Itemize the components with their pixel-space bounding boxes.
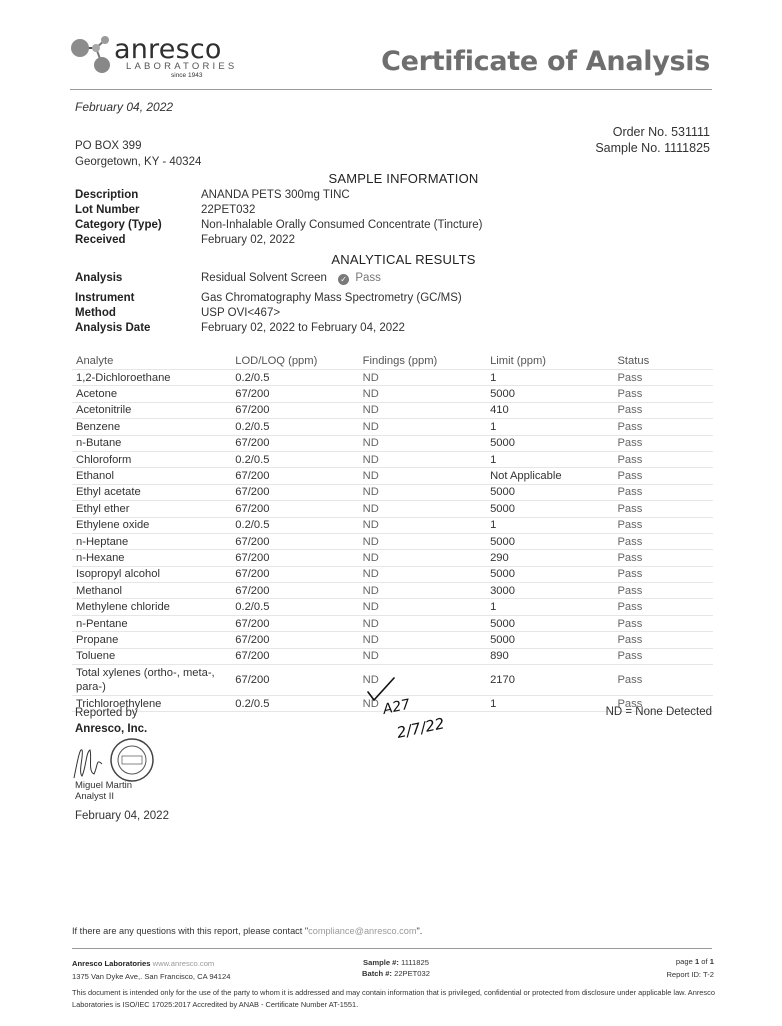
analyte-cell: Benzene <box>72 420 235 434</box>
sample-field: Lot Number 22PET032 <box>75 203 482 218</box>
findings-cell: ND <box>363 650 490 662</box>
field-value: ANANDA PETS 300mg TINC <box>201 188 350 203</box>
header-divider <box>70 89 712 90</box>
table-row: 1,2-Dichloroethane0.2/0.5ND1Pass <box>72 370 713 386</box>
logo-since: since 1943 <box>171 72 202 79</box>
analyte-cell: n-Pentane <box>72 617 235 631</box>
document-title: Certificate of Analysis <box>381 46 710 77</box>
limit-cell: 5000 <box>490 388 617 400</box>
table-row: Ethylene oxide0.2/0.5ND1Pass <box>72 518 713 534</box>
limit-cell: 5000 <box>490 536 617 548</box>
lod-loq-cell: 67/200 <box>235 634 362 646</box>
sample-field: Category (Type) Non-Inhalable Orally Con… <box>75 218 482 233</box>
findings-cell: ND <box>363 372 490 384</box>
field-label: Description <box>75 188 201 203</box>
check-circle-icon: ✓ <box>338 274 349 285</box>
field-label: Instrument <box>75 291 201 306</box>
analysis-field: Instrument Gas Chromatography Mass Spect… <box>75 291 462 306</box>
analyte-cell: 1,2-Dichloroethane <box>72 371 235 385</box>
handwritten-date: 2/7/22 <box>395 714 446 742</box>
table-row: n-Pentane67/200ND5000Pass <box>72 616 713 632</box>
logo-subtitle: LABORATORIES <box>126 61 237 72</box>
limit-cell: 1 <box>490 601 617 613</box>
field-value: Gas Chromatography Mass Spectrometry (GC… <box>201 291 462 306</box>
findings-cell: ND <box>363 585 490 597</box>
analyte-cell: Ethanol <box>72 469 235 483</box>
status-cell: Pass <box>617 486 713 498</box>
findings-cell: ND <box>363 421 490 433</box>
table-row: Propane67/200ND5000Pass <box>72 632 713 648</box>
analyte-cell: Methanol <box>72 584 235 598</box>
findings-cell: ND <box>363 568 490 580</box>
contact-email-link[interactable]: compliance@anresco.com <box>308 926 416 936</box>
contact-note: If there are any questions with this rep… <box>72 926 422 936</box>
status-cell: Pass <box>617 536 713 548</box>
field-value: February 02, 2022 <box>201 233 295 248</box>
lod-loq-cell: 0.2/0.5 <box>235 372 362 384</box>
analyte-cell: n-Heptane <box>72 535 235 549</box>
column-header: LOD/LOQ (ppm) <box>235 355 362 367</box>
field-label: Analysis Date <box>75 321 201 336</box>
status-cell: Pass <box>617 650 713 662</box>
footer-batch-value: 22PET032 <box>394 969 430 978</box>
page-total: 1 <box>710 957 714 966</box>
footer-divider <box>72 948 712 949</box>
report-id: Report ID: T-2 <box>666 968 714 981</box>
status-cell: Pass <box>617 404 713 416</box>
table-row: Methylene chloride0.2/0.5ND1Pass <box>72 599 713 615</box>
field-value: Non-Inhalable Orally Consumed Concentrat… <box>201 218 482 233</box>
analysis-details: Instrument Gas Chromatography Mass Spect… <box>75 291 462 336</box>
table-row: Methanol67/200ND3000Pass <box>72 583 713 599</box>
analyte-cell: n-Hexane <box>72 551 235 565</box>
analyte-cell: Toluene <box>72 649 235 663</box>
limit-cell: 3000 <box>490 585 617 597</box>
status-cell: Pass <box>617 388 713 400</box>
status-cell: Pass <box>617 568 713 580</box>
reported-by-label: Reported by <box>75 705 147 721</box>
company-logo: anresco LABORATORIES since 1943 <box>68 34 258 82</box>
limit-cell: 290 <box>490 552 617 564</box>
analysis-field: Analysis Date February 02, 2022 to Febru… <box>75 321 462 336</box>
limit-cell: 1 <box>490 698 617 710</box>
nd-legend: ND = None Detected <box>606 706 712 718</box>
column-header: Status <box>617 355 713 367</box>
limit-cell: 1 <box>490 421 617 433</box>
field-value: USP OVI<467> <box>201 306 280 321</box>
analyte-cell: Acetone <box>72 387 235 401</box>
analyte-cell: Ethylene oxide <box>72 518 235 532</box>
analysis-row: Analysis Residual Solvent Screen ✓ Pass <box>75 271 381 286</box>
findings-cell: ND <box>363 601 490 613</box>
table-row: Acetonitrile67/200ND410Pass <box>72 403 713 419</box>
lod-loq-cell: 0.2/0.5 <box>235 421 362 433</box>
table-row: n-Heptane67/200ND5000Pass <box>72 534 713 550</box>
analyte-cell: n-Butane <box>72 436 235 450</box>
lod-loq-cell: 67/200 <box>235 568 362 580</box>
table-body: 1,2-Dichloroethane0.2/0.5ND1PassAcetone6… <box>72 370 713 712</box>
field-value: February 02, 2022 to February 04, 2022 <box>201 321 405 336</box>
results-table: Analyte LOD/LOQ (ppm) Findings (ppm) Lim… <box>72 352 713 712</box>
order-info: Order No. 531111 Sample No. 1111825 <box>595 124 710 156</box>
analysis-name: Residual Solvent Screen <box>201 272 327 284</box>
table-header: Analyte LOD/LOQ (ppm) Findings (ppm) Lim… <box>72 352 713 370</box>
limit-cell: 1 <box>490 519 617 531</box>
reporting-company: Anresco, Inc. <box>75 721 147 737</box>
disclaimer: This document is intended only for the u… <box>72 987 722 1011</box>
field-label: Lot Number <box>75 203 201 218</box>
lod-loq-cell: 0.2/0.5 <box>235 601 362 613</box>
table-row: Ethyl ether67/200ND5000Pass <box>72 501 713 517</box>
page-current: 1 <box>695 957 699 966</box>
status-cell: Pass <box>617 372 713 384</box>
status-cell: Pass <box>617 601 713 613</box>
table-row: Toluene67/200ND890Pass <box>72 649 713 665</box>
findings-cell: ND <box>363 634 490 646</box>
field-value: 22PET032 <box>201 203 255 218</box>
analysis-result: Pass <box>355 272 381 284</box>
handwritten-checkmark-annotation: A27 2/7/22 <box>360 676 470 746</box>
status-cell: Pass <box>617 634 713 646</box>
footer-sample-batch: Sample #: 1111825 Batch #: 22PET032 <box>362 957 430 979</box>
column-header: Findings (ppm) <box>363 355 490 367</box>
analysis-field: Method USP OVI<467> <box>75 306 462 321</box>
sample-number: Sample No. 1111825 <box>595 140 710 156</box>
status-cell: Pass <box>617 552 713 564</box>
lod-loq-cell: 67/200 <box>235 536 362 548</box>
analyte-cell: Propane <box>72 633 235 647</box>
findings-cell: ND <box>363 519 490 531</box>
sample-information: Description ANANDA PETS 300mg TINC Lot N… <box>75 188 482 248</box>
status-cell: Pass <box>617 470 713 482</box>
table-row: Ethyl acetate67/200ND5000Pass <box>72 485 713 501</box>
footer-company-name: Anresco Laboratories <box>72 959 151 968</box>
limit-cell: 5000 <box>490 503 617 515</box>
analyte-cell: Chloroform <box>72 453 235 467</box>
field-label: Category (Type) <box>75 218 201 233</box>
analyte-cell: Total xylenes (ortho-, meta-, para-) <box>72 666 235 694</box>
lod-loq-cell: 0.2/0.5 <box>235 454 362 466</box>
findings-cell: ND <box>363 618 490 630</box>
contact-text: If there are any questions with this rep… <box>72 926 308 936</box>
table-row: n-Hexane67/200ND290Pass <box>72 550 713 566</box>
limit-cell: 5000 <box>490 437 617 449</box>
limit-cell: 890 <box>490 650 617 662</box>
analyte-cell: Methylene chloride <box>72 600 235 614</box>
corporate-seal-icon <box>111 739 153 781</box>
initials: A27 <box>381 697 412 719</box>
sample-information-heading: SAMPLE INFORMATION <box>0 171 782 186</box>
lod-loq-cell: 67/200 <box>235 650 362 662</box>
status-cell: Pass <box>617 585 713 597</box>
contact-text-end: ". <box>417 926 423 936</box>
lod-loq-cell: 67/200 <box>235 618 362 630</box>
footer-sample-value: 1111825 <box>401 958 429 967</box>
status-cell: Pass <box>617 421 713 433</box>
footer-website-link[interactable]: www.anresco.com <box>153 959 215 968</box>
analyst-info: Miguel Martin Analyst II <box>75 780 132 802</box>
column-header: Limit (ppm) <box>490 355 617 367</box>
analyte-cell: Ethyl ether <box>72 502 235 516</box>
findings-cell: ND <box>363 486 490 498</box>
footer-company: Anresco Laboratories www.anresco.com 137… <box>72 957 230 983</box>
findings-cell: ND <box>363 437 490 449</box>
order-number: Order No. 531111 <box>595 124 710 140</box>
table-row: Acetone67/200ND5000Pass <box>72 386 713 402</box>
sample-field: Received February 02, 2022 <box>75 233 482 248</box>
status-cell: Pass <box>617 618 713 630</box>
table-row: n-Butane67/200ND5000Pass <box>72 436 713 452</box>
footer-sample-label: Sample #: <box>363 958 399 967</box>
limit-cell: 5000 <box>490 634 617 646</box>
field-label: Received <box>75 233 201 248</box>
page-of: of <box>701 957 707 966</box>
lod-loq-cell: 0.2/0.5 <box>235 698 362 710</box>
report-date: February 04, 2022 <box>75 100 173 114</box>
field-value: Residual Solvent Screen ✓ Pass <box>201 271 381 286</box>
analyte-cell: Acetonitrile <box>72 403 235 417</box>
field-label: Analysis <box>75 271 201 286</box>
sample-field: Description ANANDA PETS 300mg TINC <box>75 188 482 203</box>
column-header: Analyte <box>72 354 235 368</box>
lod-loq-cell: 67/200 <box>235 437 362 449</box>
findings-cell: ND <box>363 388 490 400</box>
findings-cell: ND <box>363 470 490 482</box>
findings-cell: ND <box>363 404 490 416</box>
limit-cell: 5000 <box>490 618 617 630</box>
signature-and-seal <box>72 738 172 786</box>
findings-cell: ND <box>363 454 490 466</box>
table-row: Ethanol67/200NDNot ApplicablePass <box>72 468 713 484</box>
molecule-icon <box>68 34 118 82</box>
findings-cell: ND <box>363 503 490 515</box>
table-row: Benzene0.2/0.5ND1Pass <box>72 419 713 435</box>
analyst-title: Analyst II <box>75 791 132 802</box>
reported-by: Reported by Anresco, Inc. <box>75 705 147 737</box>
footer-address: 1375 Van Dyke Ave,. San Francisco, CA 94… <box>72 970 230 983</box>
analyte-cell: Isopropyl alcohol <box>72 567 235 581</box>
limit-cell: 1 <box>490 372 617 384</box>
findings-cell: ND <box>363 536 490 548</box>
analytical-results-heading: ANALYTICAL RESULTS <box>0 252 782 267</box>
limit-cell: 2170 <box>490 674 617 686</box>
address-line-2: Georgetown, KY - 40324 <box>75 154 201 170</box>
field-label: Method <box>75 306 201 321</box>
lod-loq-cell: 67/200 <box>235 503 362 515</box>
lod-loq-cell: 67/200 <box>235 388 362 400</box>
lod-loq-cell: 67/200 <box>235 470 362 482</box>
limit-cell: 1 <box>490 454 617 466</box>
limit-cell: Not Applicable <box>490 470 617 482</box>
footer-batch-label: Batch #: <box>362 969 392 978</box>
lod-loq-cell: 67/200 <box>235 674 362 686</box>
status-cell: Pass <box>617 674 713 686</box>
lod-loq-cell: 67/200 <box>235 486 362 498</box>
client-address: PO BOX 399 Georgetown, KY - 40324 <box>75 138 201 170</box>
page-label: page <box>676 957 693 966</box>
address-line-1: PO BOX 399 <box>75 138 201 154</box>
lod-loq-cell: 0.2/0.5 <box>235 519 362 531</box>
signed-date: February 04, 2022 <box>75 810 169 822</box>
table-row: Chloroform0.2/0.5ND1Pass <box>72 452 713 468</box>
status-cell: Pass <box>617 454 713 466</box>
analyte-cell: Ethyl acetate <box>72 485 235 499</box>
lod-loq-cell: 67/200 <box>235 404 362 416</box>
limit-cell: 5000 <box>490 568 617 580</box>
analyst-name: Miguel Martin <box>75 780 132 791</box>
status-cell: Pass <box>617 519 713 531</box>
table-row: Isopropyl alcohol67/200ND5000Pass <box>72 567 713 583</box>
lod-loq-cell: 67/200 <box>235 552 362 564</box>
lod-loq-cell: 67/200 <box>235 585 362 597</box>
status-cell: Pass <box>617 437 713 449</box>
limit-cell: 5000 <box>490 486 617 498</box>
limit-cell: 410 <box>490 404 617 416</box>
status-cell: Pass <box>617 503 713 515</box>
findings-cell: ND <box>363 552 490 564</box>
footer-page-info: page 1 of 1 Report ID: T-2 <box>666 955 714 981</box>
